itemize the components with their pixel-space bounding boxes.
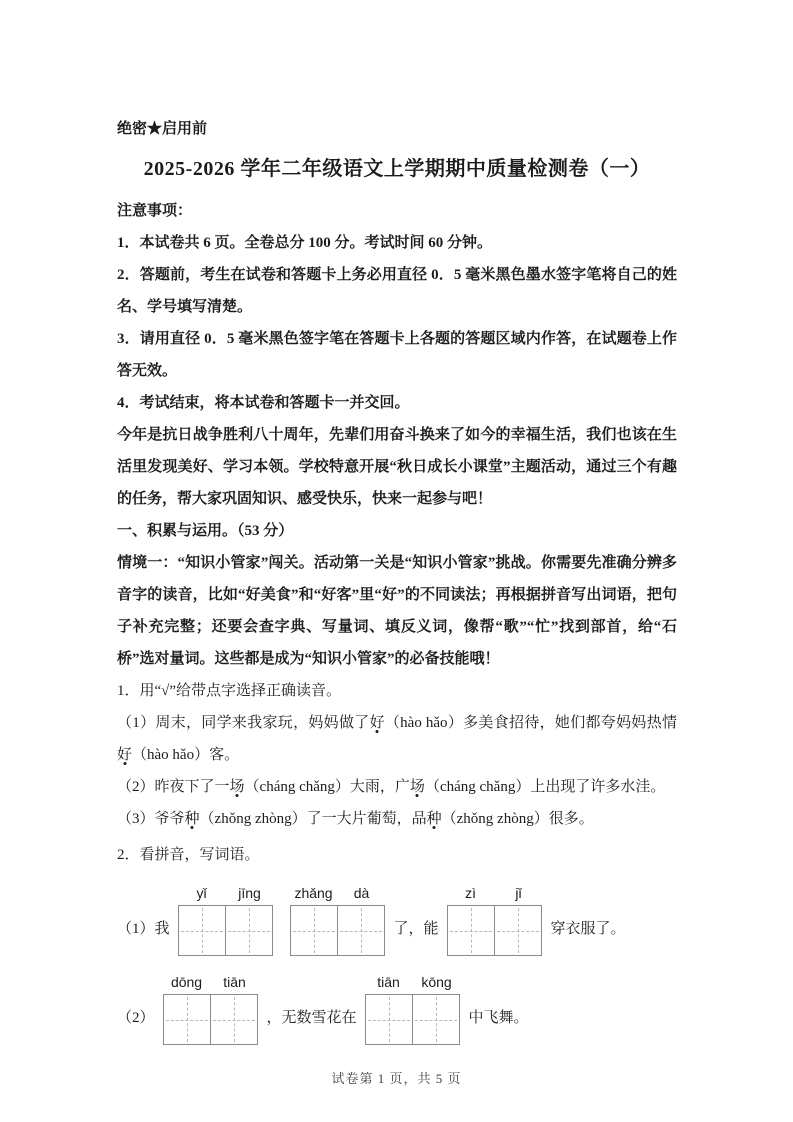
pinyin-box-group: tiānkōng xyxy=(365,972,461,1045)
pinyin-label: dà xyxy=(338,883,386,905)
security-marking: 绝密★启用前 xyxy=(117,118,677,140)
question1-stem: 1．用“√”给带点字选择正确读音。 xyxy=(117,675,677,707)
writing-box-pair xyxy=(365,994,461,1045)
question-text: （1）周末，同学来我家玩，妈妈做了 xyxy=(117,715,370,731)
pinyin-box-group: yǐjīng xyxy=(178,883,274,956)
writing-box xyxy=(494,905,542,956)
writing-box xyxy=(412,994,460,1045)
dotted-character: 场 xyxy=(410,779,425,795)
writing-box xyxy=(210,994,258,1045)
question-text: （2） xyxy=(117,1007,155,1045)
page-content: 绝密★启用前 2025-2026 学年二年级语文上学期期中质量检测卷（一） 注意… xyxy=(117,118,677,1045)
pinyin-row: dōngtiān xyxy=(163,972,259,994)
writing-box xyxy=(163,994,211,1045)
question-text: （3）爷爷 xyxy=(117,811,185,827)
pinyin-label: kōng xyxy=(413,972,461,994)
writing-box xyxy=(225,905,273,956)
question-text: 中飞舞。 xyxy=(469,1007,529,1045)
writing-box-pair xyxy=(163,994,259,1045)
pinyin-box-group: dōngtiān xyxy=(163,972,259,1045)
exam-page: 绝密★启用前 2025-2026 学年二年级语文上学期期中质量检测卷（一） 注意… xyxy=(0,0,793,1122)
writing-box xyxy=(365,994,413,1045)
pinyin-label: yǐ xyxy=(178,883,226,905)
pinyin-row: zìjǐ xyxy=(447,883,543,905)
question-text: 了，能 xyxy=(394,918,439,956)
notice-heading: 注意事项： xyxy=(117,195,677,227)
question1-item-2: （2）昨夜下了一场（cháng chǎng）大雨，广场（cháng chǎng）… xyxy=(117,771,677,803)
question-text: （cháng chǎng）上出现了许多水洼。 xyxy=(425,779,665,795)
notice-item-1: 1．本试卷共 6 页。全卷总分 100 分。考试时间 60 分钟。 xyxy=(117,227,677,259)
pinyin-label: dōng xyxy=(163,972,211,994)
writing-box xyxy=(178,905,226,956)
question-text: ，无数雪花在 xyxy=(267,1007,357,1045)
pinyin-box-group: zhǎngdà xyxy=(290,883,386,956)
pinyin-label: tiān xyxy=(211,972,259,994)
writing-box-pair xyxy=(178,905,274,956)
pinyin-label: zhǎng xyxy=(290,883,338,905)
dotted-character: 种 xyxy=(427,811,442,827)
writing-box-pair xyxy=(447,905,543,956)
exam-title: 2025-2026 学年二年级语文上学期期中质量检测卷（一） xyxy=(117,155,677,183)
question2-item-1: （1）我yǐjīngzhǎngdà了，能zìjǐ穿衣服了。 xyxy=(117,883,677,956)
question-text: （cháng chǎng）大雨，广 xyxy=(245,779,410,795)
dotted-character: 种 xyxy=(185,811,200,827)
notice-item-3: 3．请用直径 0．5 毫米黑色签字笔在答题卡上各题的答题区域内作答，在试题卷上作… xyxy=(117,323,677,387)
question-text: （2）昨夜下了一 xyxy=(117,779,230,795)
question2-item-2: （2）dōngtiān，无数雪花在tiānkōng中飞舞。 xyxy=(117,972,677,1045)
question-text: （hào hǎo）客。 xyxy=(132,747,239,763)
pinyin-label: jīng xyxy=(226,883,274,905)
question-text: （zhǒng zhòng）很多。 xyxy=(442,811,594,827)
question1-item-1: （1）周末，同学来我家玩，妈妈做了好（hào hǎo）多美食招待，她们都夸妈妈热… xyxy=(117,707,677,771)
writing-box xyxy=(337,905,385,956)
intro-paragraph: 今年是抗日战争胜利八十周年，先辈们用奋斗换来了如今的幸福生活，我们也该在生活里发… xyxy=(117,419,677,515)
writing-box-pair xyxy=(290,905,386,956)
question2-stem: 2．看拼音，写词语。 xyxy=(117,839,677,871)
pinyin-box-group: zìjǐ xyxy=(447,883,543,956)
dotted-character: 场 xyxy=(230,779,245,795)
writing-box xyxy=(447,905,495,956)
question1-item-3: （3）爷爷种（zhǒng zhòng）了一大片葡萄，品种（zhǒng zhòng… xyxy=(117,803,677,835)
question-text: （hào hǎo）多美食招待，她们都夸妈妈热情 xyxy=(385,715,677,731)
question-text: 穿衣服了。 xyxy=(551,918,626,956)
writing-box xyxy=(290,905,338,956)
notice-item-2: 2．答题前，考生在试卷和答题卡上务必用直径 0．5 毫米黑色墨水签字笔将自己的姓… xyxy=(117,259,677,323)
pinyin-row: yǐjīng xyxy=(178,883,274,905)
section1-heading: 一、积累与运用。（53 分） xyxy=(117,515,677,547)
dotted-character: 好 xyxy=(117,747,132,763)
pinyin-row: tiānkōng xyxy=(365,972,461,994)
question-text: （1）我 xyxy=(117,918,170,956)
dotted-character: 好 xyxy=(370,715,385,731)
notice-item-4: 4．考试结束，将本试卷和答题卡一并交回。 xyxy=(117,387,677,419)
question-text: （zhǒng zhòng）了一大片葡萄，品 xyxy=(200,811,427,827)
pinyin-label: jǐ xyxy=(495,883,543,905)
pinyin-label: tiān xyxy=(365,972,413,994)
pinyin-label: zì xyxy=(447,883,495,905)
page-footer: 试卷第 1 页，共 5 页 xyxy=(0,1068,793,1087)
pinyin-row: zhǎngdà xyxy=(290,883,386,905)
scenario1-paragraph: 情境一：“知识小管家”闯关。活动第一关是“知识小管家”挑战。你需要先准确分辨多音… xyxy=(117,547,677,675)
